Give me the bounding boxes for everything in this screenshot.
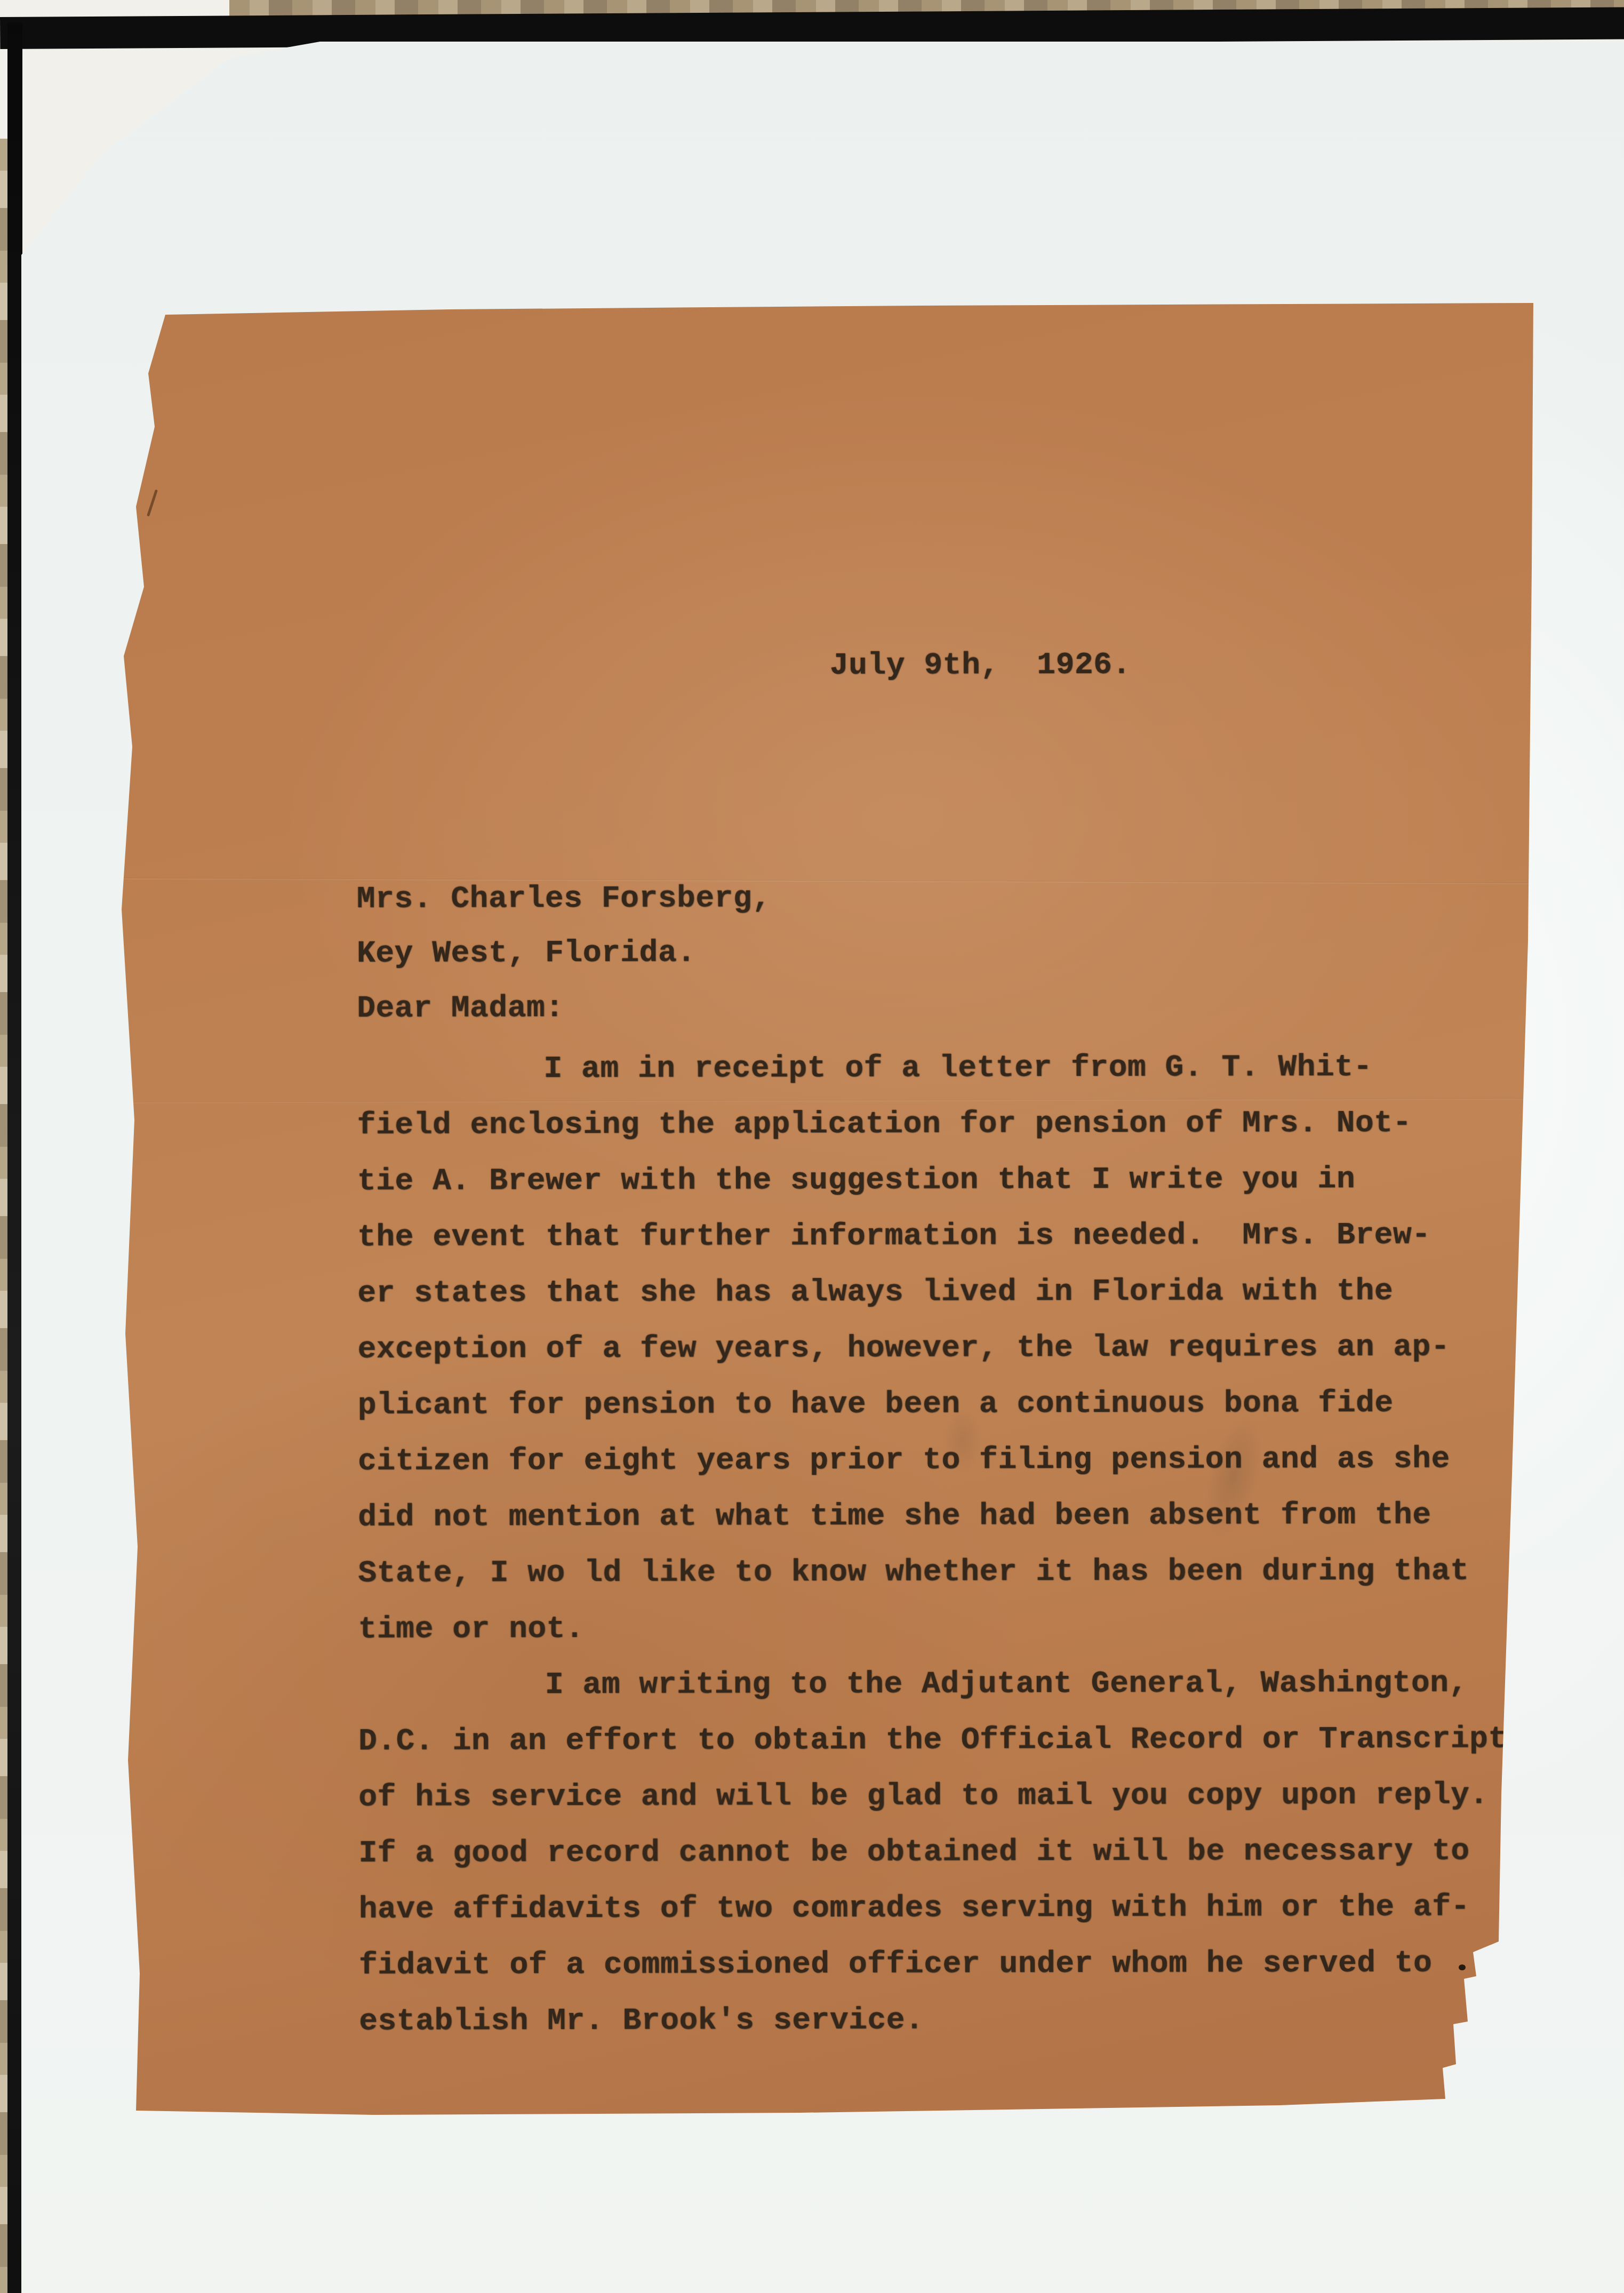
letter-line: establish Mr. Brook's service. (359, 2006, 924, 2038)
letter-line: I am writing to the Adjutant General, Wa… (545, 1668, 1468, 1701)
letter-line: the event that further information is ne… (357, 1220, 1431, 1253)
letter-line: D.C. in an effort to obtain the Official… (358, 1724, 1507, 1757)
letter-line: fidavit of a commissioned officer under … (359, 1948, 1433, 1982)
letter-line: If a good record cannot be obtained it w… (358, 1836, 1469, 1869)
recipient-name: Mrs. Charles Forsberg, (357, 883, 771, 915)
letter-text: July 9th, 1926. Mrs. Charles Forsberg, K… (118, 300, 1540, 2119)
recipient-city: Key West, Florida. (357, 938, 696, 970)
letter-line: have affidavits of two comrades serving … (359, 1892, 1470, 1925)
date-line: July 9th, 1926. (830, 650, 1131, 682)
scan-edge-left (0, 139, 8, 2293)
letter-line: of his service and will be glad to mail … (358, 1780, 1488, 1813)
letter-line: citizen for eight years prior to filing … (358, 1444, 1450, 1477)
letter-line: State, I wo ld like to know whether it h… (358, 1556, 1469, 1589)
letter-line: I am in receipt of a letter from G. T. W… (543, 1052, 1372, 1085)
letter-line: tie A. Brewer with the suggestion that I… (357, 1164, 1355, 1197)
letter-line: er states that she has always lived in F… (357, 1276, 1393, 1309)
letter-line: plicant for pension to have been a conti… (358, 1388, 1394, 1421)
letter-line: did not mention at what time she had bee… (358, 1500, 1431, 1533)
letter-line: field enclosing the application for pens… (357, 1108, 1412, 1141)
scanned-letter-page: July 9th, 1926. Mrs. Charles Forsberg, K… (0, 0, 1624, 2293)
letter-paper: July 9th, 1926. Mrs. Charles Forsberg, K… (120, 301, 1539, 2118)
letter-line: exception of a few years, however, the l… (357, 1332, 1450, 1365)
scan-frame-left (7, 22, 22, 2293)
letter-line: time or not. (358, 1614, 585, 1645)
salutation: Dear Madam: (357, 993, 564, 1025)
